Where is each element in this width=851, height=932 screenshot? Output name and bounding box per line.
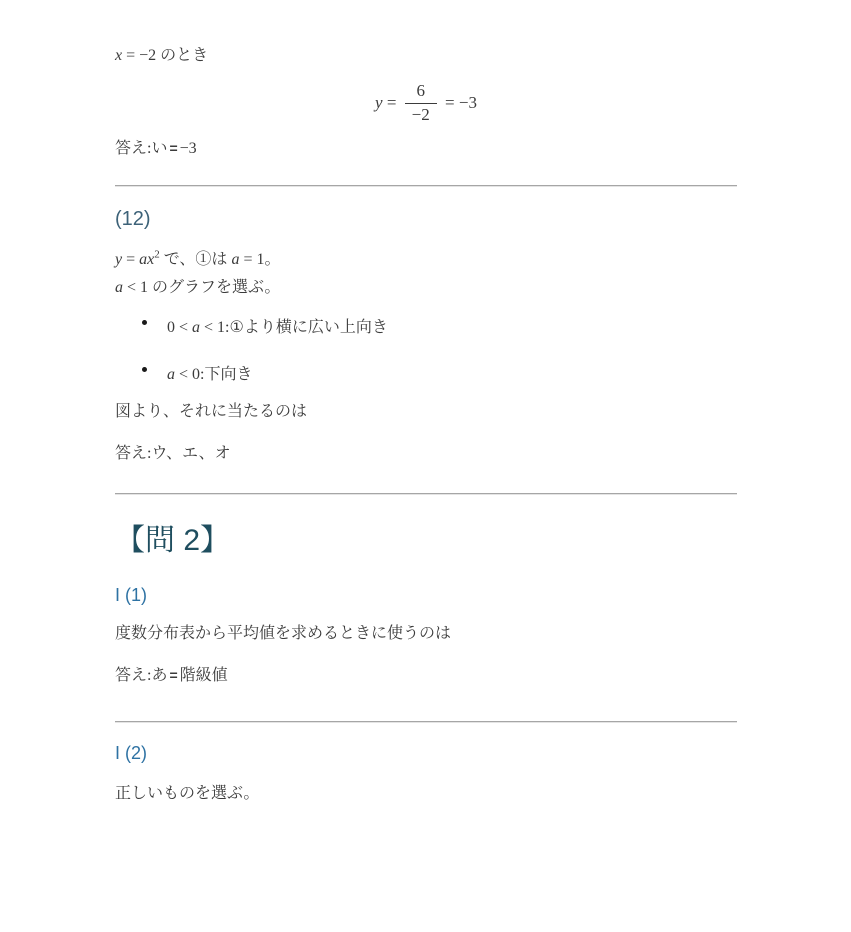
bullet-dot-icon [142, 320, 147, 325]
answer-line-i1: 答え:あ=階級値 [115, 666, 737, 685]
equals-sign: = [122, 251, 139, 268]
task-text: < 1 のグラフを選ぶ。 [123, 279, 280, 296]
bullet-text: < 0:下向き [175, 366, 252, 383]
section-divider [115, 721, 737, 723]
bullet-text: < 1:①より横に広い上向き [200, 319, 388, 336]
bullet-item: a < 0:下向き [115, 361, 737, 384]
subsection-heading-i1: I (1) [115, 586, 737, 606]
problem-2-heading: 【問 2】 [115, 524, 737, 559]
answer-label: 答え:あ [115, 667, 167, 684]
condition-text: = −2 のとき [122, 47, 208, 64]
subsection-heading-12: (12) [115, 208, 737, 230]
math-var-a: a [115, 279, 123, 296]
equals-sign: = [383, 93, 401, 113]
math-var-a: a [192, 319, 200, 336]
answer-value: 階級値 [180, 667, 228, 684]
answer-line-12: 答え:ウ、エ、オ [115, 444, 737, 463]
bullet-dot-icon [142, 367, 147, 372]
document-page: x = −2 のとき y = 6−2 = −3 答え:い=−3 (12) y =… [0, 0, 851, 932]
answer-value: −3 [180, 140, 197, 157]
fraction-numerator: 6 [405, 82, 437, 103]
bullet-text: 0 < [167, 319, 192, 336]
equation-result: = −3 [441, 93, 477, 113]
answer-equals: = [167, 667, 179, 683]
answer-equals: = [167, 140, 179, 156]
condition-line: x = −2 のとき [115, 46, 737, 65]
answer-label: 答え:い [115, 140, 167, 157]
task-line: a < 1 のグラフを選ぶ。 [115, 278, 737, 297]
i1-body-line: 度数分布表から平均値を求めるときに使うのは [115, 624, 737, 643]
display-equation: y = 6−2 = −3 [115, 82, 737, 124]
math-var-ax: ax [139, 251, 154, 268]
bullet-list: 0 < a < 1:①より横に広い上向き a < 0:下向き [115, 314, 737, 401]
answer-line-11: 答え:い=−3 [115, 139, 737, 158]
math-var-a: a [167, 366, 175, 383]
fraction: 6−2 [405, 82, 437, 124]
fraction-denominator: −2 [405, 103, 437, 125]
subsection-heading-i2: I (2) [115, 744, 737, 764]
section-divider [115, 185, 737, 187]
given-middle-text: で、①は [160, 251, 232, 268]
section-divider [115, 493, 737, 495]
conclusion-line: 図より、それに当たるのは [115, 402, 737, 421]
i2-body-line: 正しいものを選ぶ。 [115, 784, 737, 803]
bullet-item: 0 < a < 1:①より横に広い上向き [115, 314, 737, 337]
math-var-y: y [375, 93, 383, 113]
given-line: y = ax2 で、①は a = 1。 [115, 250, 737, 269]
given-end-text: = 1。 [239, 251, 280, 268]
